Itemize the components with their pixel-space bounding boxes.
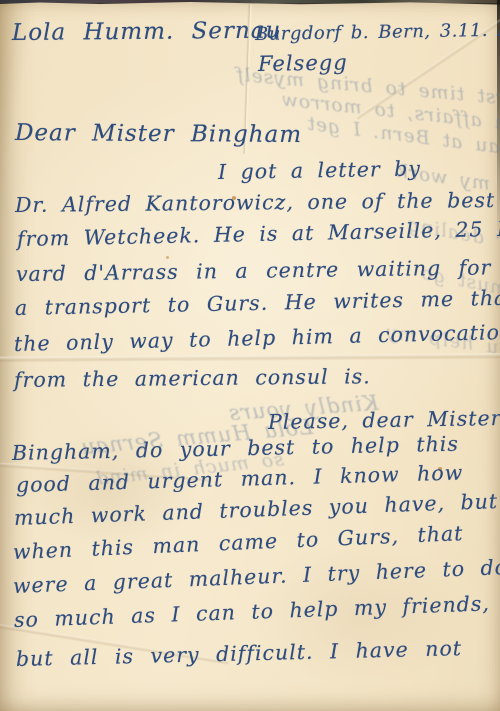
body-line: Please, dear Mister [268, 406, 500, 434]
sender-name: Lola Humm. Sernau [12, 18, 282, 46]
body-line: I got a letter by [218, 156, 421, 184]
letter-paper: first time to bring myself my own affair… [0, 0, 500, 711]
letter-photo: first time to bring myself my own affair… [0, 0, 500, 711]
body-line: a transport to Gurs. He writes me that [15, 285, 500, 319]
body-line: the only way to help him a convocation [14, 320, 500, 356]
body-line: Dr. Alfred Kantorowicz, one of the best … [15, 187, 500, 217]
body-line: from the american consul is. [14, 364, 371, 392]
horizontal-fold-crease [0, 353, 500, 362]
rust-speck [166, 256, 169, 259]
place-date-line: Burgdorf b. Bern, 3.11. November [255, 18, 500, 45]
body-line: from Wetcheek. He is at Marseille, 25 Bo… [17, 215, 500, 251]
scan-edge-fringe [0, 0, 500, 3]
salutation: Dear Mister Bingham [15, 120, 302, 148]
place-line-2: Felsegg [258, 50, 348, 76]
